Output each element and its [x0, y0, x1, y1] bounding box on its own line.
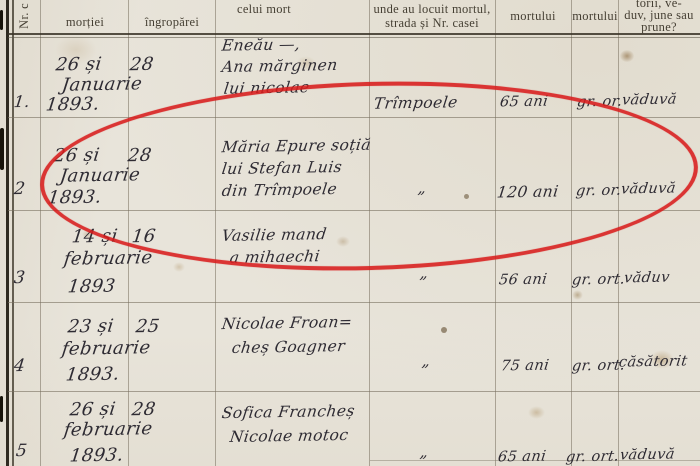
row-number: 2 — [13, 179, 27, 199]
date-year: 1893 — [67, 276, 117, 298]
row-number: 4 — [13, 356, 27, 376]
burial-day: 28 — [131, 399, 157, 420]
deceased-name-line: Nicolae Froan= — [221, 313, 354, 333]
marital-status: văduv — [623, 270, 671, 287]
row-number: 3 — [13, 268, 27, 288]
date-month: februarie — [63, 247, 154, 270]
marital-status: căsătorit — [618, 353, 689, 370]
religion: gr. ort. — [571, 272, 626, 289]
column-header-residence-line1: unde au locuit mortul, — [374, 2, 491, 17]
burial-day: 28 — [129, 54, 155, 75]
date-month: februarie — [63, 418, 154, 441]
marital-status: văduvă — [619, 447, 676, 464]
age: 75 ani — [500, 358, 550, 375]
date-month: februarie — [61, 337, 152, 360]
deceased-name-line: cheș Goagner — [231, 337, 346, 357]
death-day: 23 și — [67, 316, 115, 338]
column-header-burial-date: îngropărei — [145, 15, 199, 30]
scanned-register-page: Nr. c morției îngropărei celui mort unde… — [0, 0, 700, 466]
residence-ditto: „ — [421, 352, 432, 370]
deceased-name-line: Ana mărginen — [221, 56, 339, 76]
death-day: 26 și — [69, 399, 117, 421]
binding-shadow — [0, 10, 3, 30]
date-year: 1893. — [69, 445, 125, 466]
age: 65 ani — [497, 449, 547, 466]
column-header-status-line3: prune? — [641, 20, 677, 35]
column-header-residence-line2: strada și Nr. casei — [385, 16, 479, 31]
column-header-age: mortului — [510, 9, 555, 24]
column-header-death-date: morției — [66, 15, 104, 30]
burial-day: 25 — [135, 316, 161, 337]
deceased-name-line: Sofica Francheș — [221, 402, 356, 422]
row-number: 5 — [15, 441, 29, 461]
table-row: 4 23 și 25 februarie 1893. Nicolae Froan… — [0, 302, 700, 391]
residence-ditto: „ — [419, 443, 430, 461]
date-month: Januarie — [61, 73, 144, 95]
row-number: 1. — [13, 92, 31, 111]
death-day: 26 și — [55, 54, 103, 76]
column-header-religion: mortului — [572, 9, 617, 24]
deceased-name-line: Nicolae motoc — [229, 426, 350, 446]
header-bottom-rule — [8, 33, 700, 35]
marital-status: văduvă — [621, 92, 678, 109]
column-header-deceased: celui mort — [237, 2, 291, 17]
religion: gr. ort. — [565, 449, 620, 466]
date-year: 1893. — [65, 364, 121, 386]
date-year: 1893. — [45, 94, 101, 116]
table-row: 5 26 și 28 februarie 1893. Sofica Franch… — [0, 391, 700, 466]
column-header-nr: Nr. c — [17, 3, 32, 29]
age: 56 ani — [498, 272, 548, 289]
deceased-name-line: Eneău —, — [221, 35, 302, 54]
